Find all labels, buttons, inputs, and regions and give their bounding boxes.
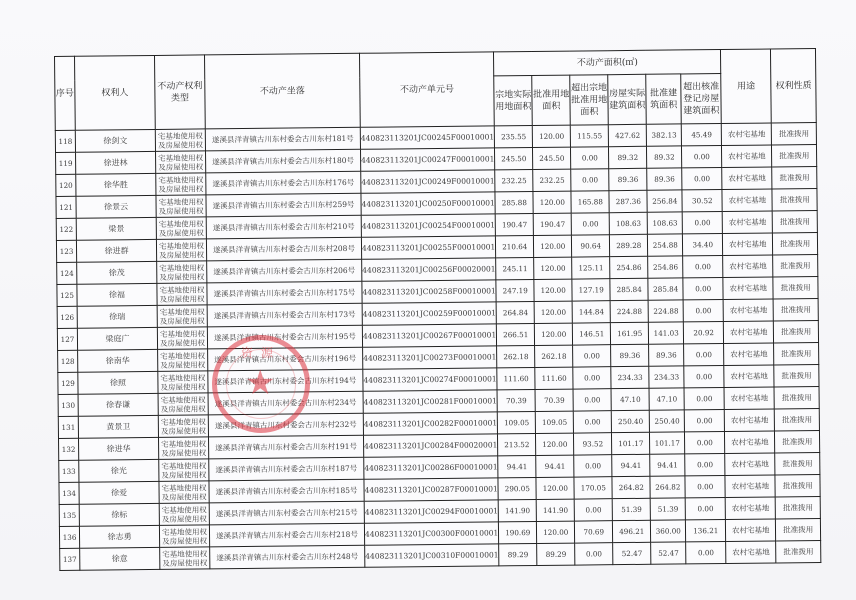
row-owner: 梁景 [76, 217, 156, 240]
row-right-nature: 批准拨用 [774, 409, 819, 431]
row-owner: 徐华胜 [76, 173, 156, 196]
row-house-approved: 89.36 [647, 168, 682, 190]
row-unit-no: 440823113201JC00287F00010001 [364, 478, 498, 501]
row-house-actual: 264.82 [612, 476, 650, 498]
row-land-excess: 165.88 [571, 191, 609, 213]
row-usage: 农村宅基地 [722, 145, 772, 168]
row-location: 遂溪县洋青镇古川东村委会古川东村191号 [208, 435, 363, 459]
row-location: 遂溪县洋青镇古川东村委会古川东村234号 [208, 391, 363, 415]
row-house-actual: 161.95 [611, 322, 649, 344]
row-usage: 农村宅基地 [726, 541, 776, 564]
row-house-actual: 89.32 [609, 146, 647, 168]
row-right-nature: 批准拨用 [776, 540, 821, 562]
row-land-approved: 120.00 [534, 279, 572, 301]
row-house-approved: 254.86 [648, 256, 683, 278]
row-seq: 132 [59, 438, 79, 460]
row-unit-no: 440823113201JC00300F00010001 [364, 522, 498, 545]
row-land-excess: 0.00 [571, 213, 609, 235]
row-house-excess: 0.00 [684, 366, 724, 388]
row-house-actual: 285.84 [610, 278, 648, 300]
row-right-nature: 批准拨用 [773, 255, 818, 277]
row-land-approved: 120.00 [533, 191, 571, 213]
row-house-approved: 360.00 [651, 520, 686, 542]
row-house-actual: 108.63 [609, 212, 647, 234]
row-house-excess: 0.00 [685, 453, 725, 475]
row-house-actual: 234.33 [611, 366, 649, 388]
row-right-type: 宅基地使用权及房屋使用权 [156, 173, 206, 196]
row-owner: 徐标 [79, 503, 159, 526]
header-land-excess: 超出宗地批准用地面积 [570, 75, 609, 125]
row-right-nature: 批准拨用 [774, 321, 819, 343]
row-house-actual: 51.39 [612, 498, 650, 520]
header-location: 不动产坐落 [204, 53, 360, 129]
row-usage: 农村宅基地 [723, 233, 773, 256]
row-right-nature: 批准拨用 [771, 123, 816, 145]
row-right-type: 宅基地使用权及房屋使用权 [157, 261, 207, 284]
header-right-nature: 权利性质 [771, 49, 817, 123]
row-location: 遂溪县洋青镇古川东村委会古川东村187号 [209, 457, 364, 481]
row-usage: 农村宅基地 [724, 365, 774, 388]
row-house-excess: 0.00 [684, 409, 724, 431]
row-usage: 农村宅基地 [722, 189, 772, 212]
row-land-excess: 0.00 [573, 367, 611, 389]
row-usage: 农村宅基地 [725, 453, 775, 476]
row-usage: 农村宅基地 [726, 519, 776, 542]
row-land-actual: 266.51 [497, 323, 535, 345]
row-house-excess: 0.00 [683, 256, 723, 278]
row-right-type: 宅基地使用权及房屋使用权 [159, 525, 209, 548]
row-location: 遂溪县洋青镇古川东村委会古川东村173号 [207, 303, 362, 327]
row-seq: 120 [56, 174, 76, 196]
row-owner: 徐福 [77, 283, 157, 306]
row-seq: 127 [57, 328, 77, 350]
row-unit-no: 440823113201JC00286F00010001 [364, 456, 498, 479]
header-seq: 序号 [55, 56, 76, 130]
row-unit-no: 440823113201JC00310F00010001 [365, 544, 499, 567]
row-right-type: 宅基地使用权及房屋使用权 [156, 151, 206, 174]
row-right-type: 宅基地使用权及房屋使用权 [158, 371, 208, 394]
registry-table-sheet: 序号 权利人 不动产权利类型 不动产坐落 不动产单元号 不动产面积(㎡) 用途 … [54, 48, 822, 571]
row-owner: 徐爱 [79, 481, 159, 504]
row-house-excess: 0.00 [682, 168, 722, 190]
row-land-approved: 94.41 [536, 455, 574, 477]
row-house-actual: 101.17 [612, 432, 650, 454]
row-land-approved: 245.50 [533, 147, 571, 169]
row-seq: 131 [58, 416, 78, 438]
row-usage: 农村宅基地 [723, 299, 773, 322]
row-house-excess: 0.00 [682, 146, 722, 168]
row-land-actual: 190.47 [495, 213, 533, 235]
header-house-actual: 房屋实际建筑面积 [608, 74, 647, 124]
row-location: 遂溪县洋青镇古川东村委会古川东村232号 [208, 413, 363, 437]
row-seq: 135 [59, 504, 79, 526]
row-land-actual: 290.05 [498, 477, 536, 499]
row-right-nature: 批准拨用 [775, 431, 820, 453]
row-land-approved: 120.00 [535, 323, 573, 345]
header-land-approved: 批准用地面积 [532, 75, 571, 125]
row-right-type: 宅基地使用权及房屋使用权 [158, 415, 208, 438]
row-land-actual: 262.18 [497, 345, 535, 367]
row-owner: 徐光 [79, 459, 159, 482]
row-owner: 徐景云 [76, 195, 156, 218]
row-usage: 农村宅基地 [724, 343, 774, 366]
row-usage: 农村宅基地 [722, 211, 772, 234]
row-house-excess: 30.52 [682, 190, 722, 212]
row-land-actual: 210.64 [496, 235, 534, 257]
row-seq: 128 [58, 350, 78, 372]
row-land-approved: 70.39 [535, 389, 573, 411]
row-right-nature: 批准拨用 [773, 299, 818, 321]
row-land-excess: 0.00 [575, 543, 613, 565]
row-owner: 徐春谦 [78, 393, 158, 416]
row-right-type: 宅基地使用权及房屋使用权 [159, 481, 209, 504]
row-house-approved: 47.10 [649, 388, 684, 410]
header-owner: 权利人 [75, 55, 156, 130]
row-right-nature: 批准拨用 [772, 145, 817, 167]
row-land-excess: 0.00 [573, 411, 611, 433]
row-house-actual: 224.88 [610, 300, 648, 322]
header-right-type: 不动产权利类型 [154, 55, 205, 130]
row-house-approved: 256.84 [647, 190, 682, 212]
row-right-nature: 批准拨用 [772, 211, 817, 233]
row-usage: 农村宅基地 [724, 321, 774, 344]
row-house-excess: 0.00 [682, 212, 722, 234]
row-land-actual: 89.29 [499, 543, 537, 565]
row-unit-no: 440823113201JC00258F00010001 [362, 280, 496, 303]
header-area-group: 不动产面积(㎡) [494, 50, 721, 76]
row-land-actual: 109.05 [498, 411, 536, 433]
row-house-excess: 136.21 [686, 519, 726, 541]
row-unit-no: 440823113201JC00284F00020001 [363, 434, 497, 457]
row-house-actual: 496.21 [613, 520, 651, 542]
row-land-excess: 170.05 [574, 477, 612, 499]
row-owner: 徐志勇 [79, 525, 159, 548]
row-location: 遂溪县洋青镇古川东村委会古川东村181号 [205, 127, 360, 151]
header-usage: 用途 [721, 49, 772, 124]
row-usage: 农村宅基地 [721, 123, 771, 146]
row-land-actual: 285.88 [495, 191, 533, 213]
row-land-actual: 264.84 [496, 301, 534, 323]
row-location: 遂溪县洋青镇古川东村委会古川东村196号 [208, 347, 363, 371]
row-owner: 梁庭广 [77, 327, 157, 350]
row-land-actual: 245.50 [495, 147, 533, 169]
row-location: 遂溪县洋青镇古川东村委会古川东村175号 [207, 281, 362, 305]
row-land-approved: 141.90 [536, 499, 574, 521]
row-land-excess: 0.00 [573, 345, 611, 367]
row-land-approved: 120.00 [534, 301, 572, 323]
row-land-approved: 120.00 [537, 521, 575, 543]
row-usage: 农村宅基地 [725, 475, 775, 498]
row-land-approved: 109.05 [535, 411, 573, 433]
row-right-type: 宅基地使用权及房屋使用权 [156, 217, 206, 240]
row-owner: 徐南华 [78, 349, 158, 372]
row-seq: 123 [56, 240, 76, 262]
row-land-actual: 141.90 [498, 499, 536, 521]
row-right-type: 宅基地使用权及房屋使用权 [158, 349, 208, 372]
row-house-approved: 51.39 [650, 498, 685, 520]
row-location: 遂溪县洋青镇古川东村委会古川东村185号 [209, 479, 364, 503]
row-right-type: 宅基地使用权及房屋使用权 [156, 239, 206, 262]
row-land-excess: 127.19 [572, 279, 610, 301]
row-house-approved: 94.41 [650, 454, 685, 476]
row-house-excess: 0.00 [683, 278, 723, 300]
row-house-excess: 20.92 [684, 322, 724, 344]
row-house-approved: 285.84 [648, 278, 683, 300]
row-land-actual: 213.52 [498, 433, 536, 455]
row-house-actual: 250.40 [611, 410, 649, 432]
row-right-nature: 批准拨用 [775, 453, 820, 475]
row-seq: 136 [59, 526, 79, 548]
row-owner: 黄景卫 [78, 415, 158, 438]
row-land-actual: 94.41 [498, 455, 536, 477]
row-house-approved: 382.13 [646, 124, 681, 146]
row-house-excess: 0.00 [686, 541, 726, 563]
row-location: 遂溪县洋青镇古川东村委会古川东村176号 [206, 171, 361, 195]
row-land-approved: 232.25 [533, 169, 571, 191]
row-usage: 农村宅基地 [723, 277, 773, 300]
row-land-excess: 90.64 [572, 235, 610, 257]
row-house-approved: 108.63 [647, 212, 682, 234]
row-house-excess: 34.40 [683, 234, 723, 256]
row-right-type: 宅基地使用权及房屋使用权 [156, 195, 206, 218]
row-land-actual: 70.39 [497, 389, 535, 411]
row-house-actual: 287.36 [609, 190, 647, 212]
row-right-nature: 批准拨用 [773, 277, 818, 299]
row-land-actual: 247.19 [496, 279, 534, 301]
row-right-type: 宅基地使用权及房屋使用权 [160, 547, 210, 570]
row-location: 遂溪县洋青镇古川东村委会古川东村206号 [207, 259, 362, 283]
row-unit-no: 440823113201JC00259F00010001 [362, 302, 496, 325]
row-land-excess: 93.52 [574, 433, 612, 455]
row-land-approved: 120.00 [536, 433, 574, 455]
row-house-approved: 89.32 [647, 146, 682, 168]
row-right-type: 宅基地使用权及房屋使用权 [158, 437, 208, 460]
row-house-actual: 89.36 [609, 168, 647, 190]
row-house-excess: 0.00 [684, 344, 724, 366]
row-unit-no: 440823113201JC00245F00010001 [360, 126, 494, 149]
row-location: 遂溪县洋青镇古川东村委会古川东村218号 [209, 523, 364, 547]
row-owner: 徐瑞 [77, 305, 157, 328]
row-house-actual: 89.36 [611, 344, 649, 366]
header-unit-no: 不动产单元号 [359, 52, 494, 127]
row-house-excess: 0.00 [685, 497, 725, 519]
row-seq: 122 [56, 218, 76, 240]
row-land-excess: 0.00 [574, 499, 612, 521]
row-land-excess: 0.00 [571, 147, 609, 169]
row-unit-no: 440823113201JC00250F00010001 [361, 192, 495, 215]
row-house-actual: 427.62 [608, 124, 646, 146]
row-house-actual: 47.10 [611, 388, 649, 410]
row-house-excess: 0.00 [685, 475, 725, 497]
row-location: 遂溪县洋青镇古川东村委会古川东村259号 [206, 193, 361, 217]
row-house-approved: 234.33 [649, 366, 684, 388]
row-land-approved: 262.18 [535, 345, 573, 367]
row-owner: 徐意 [80, 547, 160, 570]
row-location: 遂溪县洋青镇古川东村委会古川东村210号 [206, 215, 361, 239]
row-owner: 徐茂 [77, 261, 157, 284]
row-right-nature: 批准拨用 [774, 365, 819, 387]
table-body: 118徐剑文宅基地使用权及房屋使用权遂溪县洋青镇古川东村委会古川东村181号44… [55, 123, 821, 571]
row-owner: 徐进华 [79, 437, 159, 460]
row-house-approved: 264.82 [650, 476, 685, 498]
row-land-excess: 146.51 [573, 323, 611, 345]
row-location: 遂溪县洋青镇古川东村委会古川东村248号 [210, 545, 365, 569]
row-seq: 125 [57, 284, 77, 306]
row-land-excess: 70.69 [575, 521, 613, 543]
row-house-excess: 0.00 [684, 387, 724, 409]
row-right-type: 宅基地使用权及房屋使用权 [158, 393, 208, 416]
row-land-approved: 111.60 [535, 367, 573, 389]
row-right-type: 宅基地使用权及房屋使用权 [157, 327, 207, 350]
row-unit-no: 440823113201JC00256F00020001 [362, 258, 496, 281]
row-usage: 农村宅基地 [724, 387, 774, 410]
row-seq: 130 [58, 394, 78, 416]
row-right-nature: 批准拨用 [772, 189, 817, 211]
row-land-actual: 245.11 [496, 257, 534, 279]
row-unit-no: 440823113201JC00294F00010001 [364, 500, 498, 523]
row-house-approved: 254.88 [648, 234, 683, 256]
row-seq: 118 [55, 130, 75, 152]
row-house-approved: 224.88 [648, 300, 683, 322]
row-seq: 129 [58, 372, 78, 394]
row-land-excess: 125.11 [572, 257, 610, 279]
row-house-actual: 94.41 [612, 454, 650, 476]
row-house-excess: 0.00 [685, 431, 725, 453]
row-right-nature: 批准拨用 [772, 167, 817, 189]
row-house-actual: 52.47 [613, 542, 651, 564]
row-right-type: 宅基地使用权及房屋使用权 [155, 129, 205, 152]
row-right-nature: 批准拨用 [774, 343, 819, 365]
row-house-approved: 52.47 [651, 542, 686, 564]
row-unit-no: 440823113201JC00274F00010001 [363, 368, 497, 391]
row-house-approved: 101.17 [650, 432, 685, 454]
row-land-approved: 120.00 [534, 235, 572, 257]
table-header: 序号 权利人 不动产权利类型 不动产坐落 不动产单元号 不动产面积(㎡) 用途 … [55, 49, 817, 131]
row-unit-no: 440823113201JC00255F00010001 [361, 236, 495, 259]
row-seq: 137 [60, 548, 80, 570]
row-seq: 124 [57, 262, 77, 284]
header-land-actual: 宗地实际用地面积 [494, 75, 533, 125]
row-right-nature: 批准拨用 [775, 496, 820, 518]
row-location: 遂溪县洋青镇古川东村委会古川东村195号 [207, 325, 362, 349]
row-right-type: 宅基地使用权及房屋使用权 [159, 503, 209, 526]
row-right-nature: 批准拨用 [776, 518, 821, 540]
row-land-approved: 190.47 [533, 213, 571, 235]
row-usage: 农村宅基地 [722, 167, 772, 190]
header-house-excess: 超出核准登记房屋建筑面积 [681, 74, 722, 124]
row-land-approved: 120.00 [536, 477, 574, 499]
row-house-approved: 89.36 [649, 344, 684, 366]
row-right-nature: 批准拨用 [774, 387, 819, 409]
row-unit-no: 440823113201JC00267F00010001 [362, 324, 496, 347]
row-location: 遂溪县洋青镇古川东村委会古川东村180号 [206, 149, 361, 173]
row-usage: 农村宅基地 [725, 431, 775, 454]
row-house-approved: 250.40 [649, 410, 684, 432]
row-land-excess: 0.00 [571, 169, 609, 191]
row-seq: 126 [57, 306, 77, 328]
row-usage: 农村宅基地 [724, 409, 774, 432]
row-land-actual: 111.60 [497, 367, 535, 389]
row-land-approved: 120.00 [533, 125, 571, 147]
row-seq: 119 [56, 152, 76, 174]
scanned-page: 序号 权利人 不动产权利类型 不动产坐落 不动产单元号 不动产面积(㎡) 用途 … [0, 0, 856, 600]
row-seq: 134 [59, 482, 79, 504]
row-land-approved: 89.29 [537, 543, 575, 565]
row-land-actual: 232.25 [495, 169, 533, 191]
row-house-actual: 254.86 [610, 256, 648, 278]
row-location: 遂溪县洋青镇古川东村委会古川东村194号 [208, 369, 363, 393]
row-land-actual: 235.55 [495, 125, 533, 147]
row-owner: 徐剑文 [75, 129, 155, 152]
row-seq: 121 [56, 196, 76, 218]
row-unit-no: 440823113201JC00281F00010001 [363, 390, 497, 413]
row-unit-no: 440823113201JC00247F00010001 [360, 148, 494, 171]
row-land-excess: 0.00 [574, 455, 612, 477]
row-owner: 徐进群 [76, 239, 156, 262]
row-house-excess: 0.00 [683, 300, 723, 322]
row-unit-no: 440823113201JC00249F00010001 [361, 170, 495, 193]
row-house-actual: 289.28 [610, 234, 648, 256]
row-seq: 133 [59, 460, 79, 482]
row-land-actual: 190.69 [499, 521, 537, 543]
row-right-type: 宅基地使用权及房屋使用权 [157, 305, 207, 328]
row-unit-no: 440823113201JC00273F00010001 [363, 346, 497, 369]
header-house-approved: 批准建筑面积 [646, 74, 682, 124]
row-owner: 徐照 [78, 371, 158, 394]
row-location: 遂溪县洋青镇古川东村委会古川东村208号 [206, 237, 361, 261]
row-house-excess: 45.49 [681, 124, 721, 146]
row-right-type: 宅基地使用权及房屋使用权 [159, 459, 209, 482]
row-owner: 徐进林 [76, 151, 156, 174]
row-house-approved: 141.03 [649, 322, 684, 344]
row-right-nature: 批准拨用 [773, 233, 818, 255]
row-right-type: 宅基地使用权及房屋使用权 [157, 283, 207, 306]
row-location: 遂溪县洋青镇古川东村委会古川东村215号 [209, 501, 364, 525]
row-unit-no: 440823113201JC00254F00010001 [361, 214, 495, 237]
row-usage: 农村宅基地 [725, 497, 775, 520]
property-registry-table: 序号 权利人 不动产权利类型 不动产坐落 不动产单元号 不动产面积(㎡) 用途 … [54, 48, 822, 571]
row-land-approved: 120.00 [534, 257, 572, 279]
row-usage: 农村宅基地 [723, 255, 773, 278]
row-land-excess: 115.55 [571, 125, 609, 147]
row-land-excess: 144.84 [572, 301, 610, 323]
row-right-nature: 批准拨用 [775, 474, 820, 496]
row-land-excess: 0.00 [573, 389, 611, 411]
row-unit-no: 440823113201JC00282F00010001 [363, 412, 497, 435]
